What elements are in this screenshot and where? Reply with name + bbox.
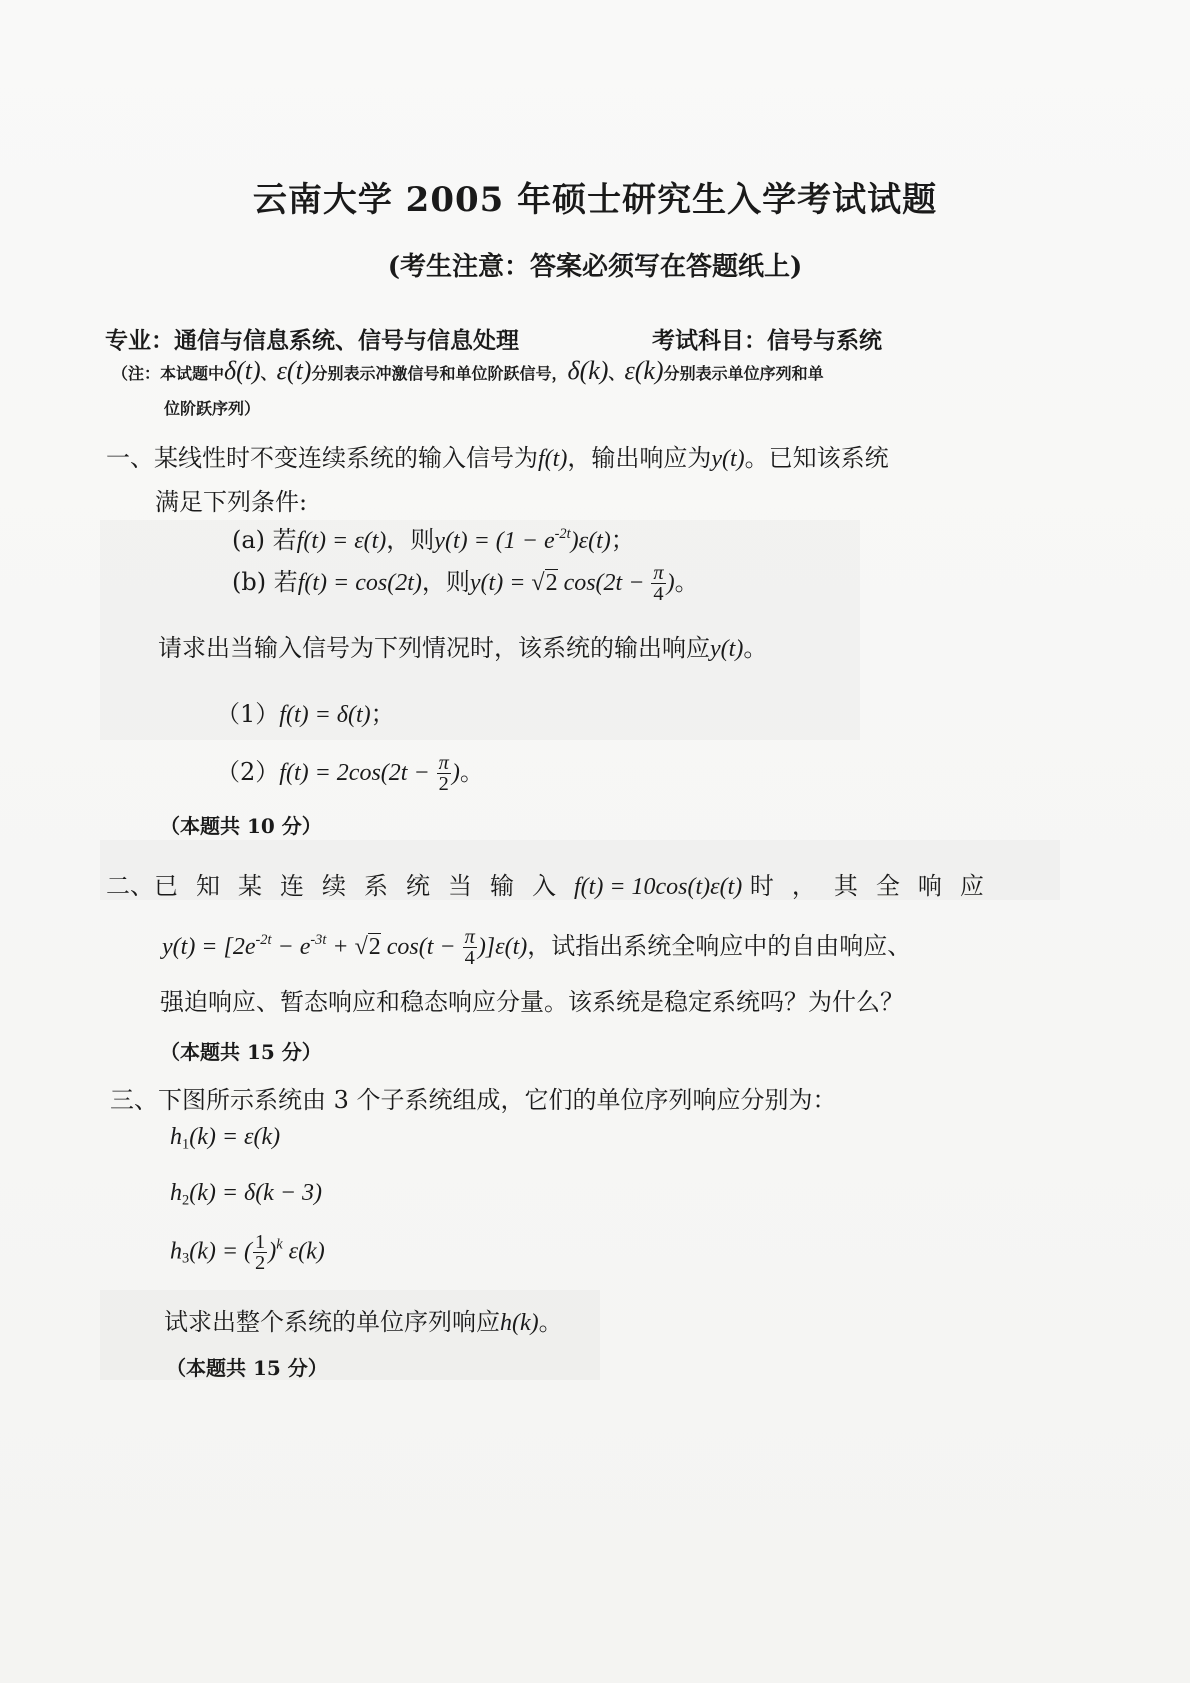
response-h1: h1(k) = ε(k)	[170, 1124, 280, 1151]
text: 某线性时不变连续系统的输入信号为	[154, 444, 538, 472]
exam-page: 云南大学 2005 年硕士研究生入学考试试题 (考生注意：答案必须写在答题纸上)…	[0, 0, 1190, 1683]
question-number: 三、	[110, 1086, 158, 1114]
subject-line: 考试科目：信号与系统	[652, 322, 882, 355]
note-prefix: （注：本试题中	[112, 364, 224, 383]
separator: 、	[261, 364, 277, 383]
math-expr: (k) = δ(k − 3)	[189, 1180, 322, 1206]
math-symbol: h	[170, 1180, 182, 1206]
exponent: -2t	[555, 526, 571, 542]
math-expr: f(t) = δ(t)	[279, 702, 370, 728]
major-line: 专业：通信与信息系统、信号与信息处理	[105, 322, 519, 355]
numerator: 1	[253, 1232, 267, 1253]
math-symbol: δ(k)	[567, 356, 608, 385]
fraction: π2	[437, 753, 451, 795]
text: 试求出整个系统的单位序列响应	[164, 1308, 500, 1336]
sqrt: √2	[531, 569, 557, 596]
math-expr: ε(k)	[283, 1238, 325, 1264]
subject-label: 考试科目：	[652, 327, 767, 354]
math-expr: f(t) = ε(t)	[297, 528, 387, 554]
math-symbol: h	[170, 1238, 182, 1264]
punct: ；	[611, 526, 635, 554]
question-1-item-2: （2）f(t) = 2cos(2t − π2)。	[216, 752, 484, 794]
math-expr: )	[667, 570, 675, 596]
condition-label: (a) 若	[232, 526, 297, 554]
denominator: 4	[463, 948, 477, 968]
text: 请求出当输入信号为下列情况时，该系统的输出响应	[158, 634, 710, 662]
response-h3: h3(k) = (12)k ε(k)	[170, 1232, 325, 1274]
question-number: 二、	[106, 872, 154, 900]
math-expr: f(t) = cos(2t)	[298, 570, 422, 596]
question-1-intro: 一、某线性时不变连续系统的输入信号为f(t)，输出响应为y(t)。已知该系统	[106, 438, 889, 473]
text: 时，其全响应	[750, 872, 1002, 900]
math-expr: (k) = ε(k)	[189, 1124, 280, 1150]
math-symbol: δ(t)	[224, 356, 261, 385]
response-h2: h2(k) = δ(k − 3)	[170, 1180, 322, 1207]
math-expr: (k) = (	[189, 1238, 252, 1264]
page-title: 云南大学 2005 年硕士研究生入学考试试题	[0, 172, 1190, 221]
fraction: π4	[651, 563, 665, 605]
math-expr: )	[452, 760, 460, 786]
math-expr: f(t) = 10cos(t)ε(t)	[574, 874, 742, 900]
note-text: 分别表示冲激信号和单位阶跃信号，	[311, 364, 567, 383]
math-symbol: f(t)	[538, 446, 567, 472]
math-expr: y(t) =	[470, 570, 532, 596]
major-value: 通信与信息系统、信号与信息处理	[174, 327, 519, 354]
math-symbol: h	[170, 1124, 182, 1150]
item-label: （2）	[216, 758, 279, 786]
question-number: 一、	[106, 444, 154, 472]
condition-a: (a) 若f(t) = ε(t)，则y(t) = (1 − e-2t)ε(t)；	[232, 520, 635, 555]
math-symbol: y(t)	[710, 636, 743, 662]
math-symbol: ε(t)	[277, 356, 312, 385]
punct: 。	[675, 568, 699, 596]
question-3-ask: 试求出整个系统的单位序列响应h(k)。	[164, 1302, 563, 1337]
separator: 、	[608, 364, 624, 383]
note-line-2: 位阶跃序列）	[164, 396, 260, 419]
question-3-score: （本题共 15 分）	[166, 1352, 328, 1381]
sqrt: √2	[355, 933, 381, 960]
text: ，输出响应为	[567, 444, 711, 472]
math-symbol: y(t)	[711, 446, 744, 472]
text: ，则	[422, 568, 470, 596]
condition-b: (b) 若f(t) = cos(2t)，则y(t) = √2 cos(2t − …	[232, 562, 699, 604]
numerator: π	[437, 753, 451, 774]
page-subtitle: (考生注意：答案必须写在答题纸上)	[0, 246, 1190, 283]
math-expr: cos(2t −	[558, 570, 651, 596]
condition-label: (b) 若	[232, 568, 298, 596]
question-2-line-2: y(t) = [2e-2t − e-3t + √2 cos(t − π4)]ε(…	[162, 926, 911, 968]
punct: 。	[539, 1308, 563, 1336]
math-expr: )]ε(t)	[478, 934, 527, 960]
text: ，试指出系统全响应中的自由响应、	[527, 932, 911, 960]
question-3-intro: 三、下图所示系统由 3 个子系统组成，它们的单位序列响应分别为：	[110, 1080, 837, 1115]
radicand: 2	[545, 569, 558, 596]
question-2-line-1: 二、已知某连续系统当输入f(t) = 10cos(t)ε(t) 时，其全响应	[106, 866, 1002, 901]
text: ，则	[386, 526, 434, 554]
math-symbol: ε(k)	[624, 356, 663, 385]
math-expr: )ε(t)	[571, 528, 611, 554]
question-2-line-3: 强迫响应、暂态响应和稳态响应分量。该系统是稳定系统吗？为什么？	[160, 982, 904, 1017]
question-2-score: （本题共 15 分）	[160, 1036, 322, 1065]
math-symbol: h(k)	[500, 1310, 539, 1336]
note-line-1: （注：本试题中δ(t)、ε(t)分别表示冲激信号和单位阶跃信号，δ(k)、ε(k…	[112, 356, 824, 386]
radicand: 2	[368, 933, 381, 960]
fraction: π4	[463, 927, 477, 969]
text: 。已知该系统	[745, 444, 889, 472]
math-expr: y(t) = [2e	[162, 934, 256, 960]
question-1-score: （本题共 10 分）	[160, 810, 322, 839]
major-label: 专业：	[105, 327, 174, 354]
math-expr: +	[326, 934, 354, 960]
denominator: 2	[437, 774, 451, 794]
exponent: -2t	[256, 932, 272, 948]
math-expr: − e	[272, 934, 311, 960]
math-expr: y(t) = (1 − e	[434, 528, 554, 554]
numerator: π	[651, 563, 665, 584]
subject-value: 信号与系统	[767, 327, 882, 354]
note-text: 分别表示单位序列和单	[664, 364, 824, 383]
punct: ；	[371, 700, 395, 728]
question-1-ask: 请求出当输入信号为下列情况时，该系统的输出响应y(t)。	[158, 628, 767, 663]
exponent: -3t	[310, 932, 326, 948]
denominator: 4	[651, 584, 665, 604]
text: 下图所示系统由 3 个子系统组成，它们的单位序列响应分别为：	[158, 1086, 837, 1114]
numerator: π	[463, 927, 477, 948]
math-expr: f(t) = 2cos(2t −	[279, 760, 435, 786]
fraction: 12	[253, 1232, 267, 1274]
punct: 。	[460, 758, 484, 786]
item-label: （1）	[216, 700, 279, 728]
question-1-item-1: （1）f(t) = δ(t)；	[216, 694, 395, 729]
question-1-intro-line2: 满足下列条件:	[155, 482, 307, 517]
text: 已知某连续系统当输入	[154, 872, 574, 900]
math-expr: cos(t −	[381, 934, 462, 960]
punct: 。	[743, 634, 767, 662]
denominator: 2	[253, 1253, 267, 1273]
